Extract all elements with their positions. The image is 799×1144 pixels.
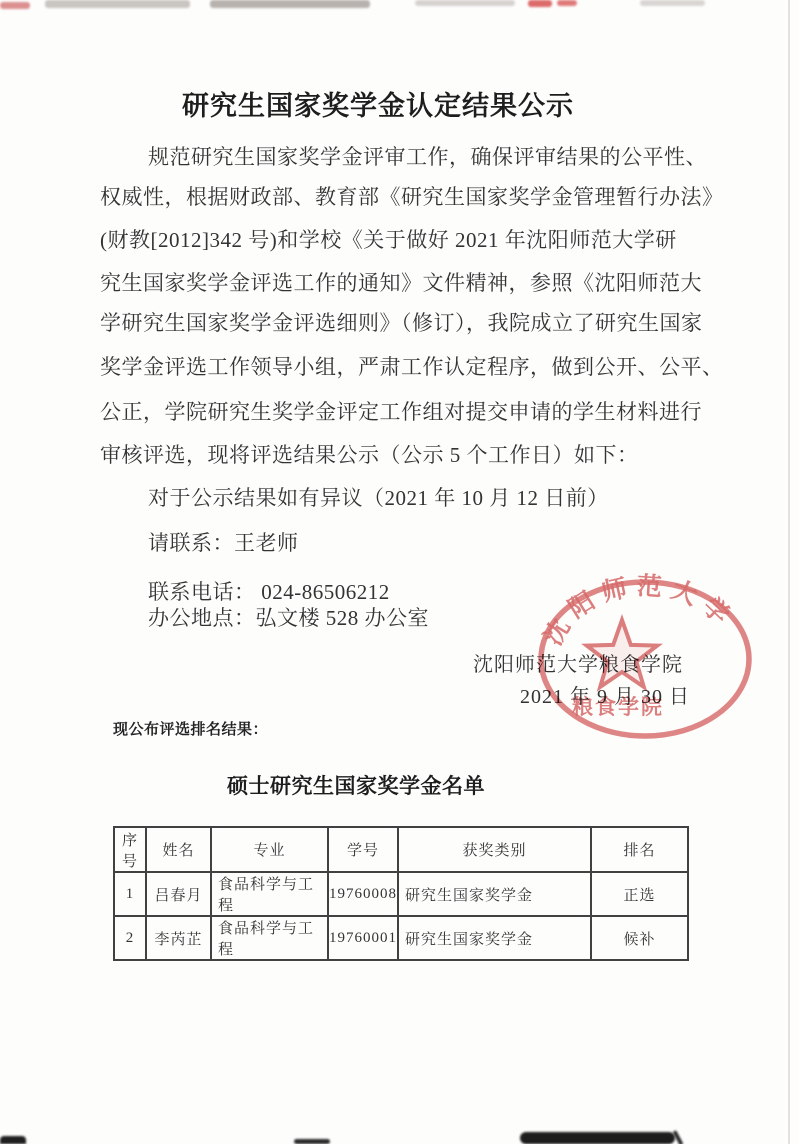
seal-arc-text: 沈阳师范大学 <box>539 572 740 650</box>
scan-smudge <box>45 0 190 8</box>
scan-smudge <box>640 0 705 6</box>
cell-rank: 候补 <box>591 916 688 960</box>
body-line: 联系电话： 024-86506212 <box>148 581 390 603</box>
scan-smudge <box>528 0 552 7</box>
table-row: 1 吕春月 食品科学与工程 19760008 研究生国家奖学金 正选 <box>114 872 688 916</box>
scan-smudge <box>520 1132 675 1144</box>
svg-text:沈阳师范大学: 沈阳师范大学 <box>539 572 740 650</box>
body-line: (财教[2012]342 号)和学校《关于做好 2021 年沈阳师范大学研 <box>100 229 677 251</box>
body-line: 学研究生国家奖学金评选细则》（修订），我院成立了研究生国家 <box>100 312 703 334</box>
body-line: 请联系：王老师 <box>148 532 299 554</box>
official-seal-stamp: 沈阳师范大学 粮食学院 <box>525 565 765 755</box>
scan-smudge <box>294 1139 330 1144</box>
document-title: 研究生国家奖学金认定结果公示 <box>0 84 756 123</box>
cell-index: 1 <box>114 872 146 916</box>
table-row: 2 李芮芷 食品科学与工程 19760001 研究生国家奖学金 候补 <box>114 916 688 960</box>
seal-bottom-text: 粮食学院 <box>572 695 664 719</box>
page-edge-shadow <box>788 0 790 1144</box>
body-line: 规范研究生国家奖学金评审工作，确保评审结果的公平性、 <box>148 146 707 168</box>
announce-label: 现公布评选排名结果： <box>113 718 268 739</box>
body-line: 奖学金评选工作领导小组，严肃工作认定程序，做到公开、公平、 <box>100 356 724 378</box>
scan-smudge <box>415 0 515 6</box>
scan-smudge <box>0 2 30 9</box>
cell-major: 食品科学与工程 <box>211 916 328 960</box>
cell-name: 吕春月 <box>146 872 211 916</box>
cell-name: 李芮芷 <box>146 916 211 960</box>
table-header-row: 序号 姓名 专业 学号 获奖类别 排名 <box>114 827 688 872</box>
list-title: 硕士研究生国家奖学金名单 <box>227 770 485 800</box>
scan-smudge <box>0 1136 26 1144</box>
col-header-index: 序号 <box>114 827 146 872</box>
body-line: 公正，学院研究生奖学金评定工作组对提交申请的学生材料进行 <box>100 401 702 423</box>
document-page: 研究生国家奖学金认定结果公示 规范研究生国家奖学金评审工作，确保评审结果的公平性… <box>0 0 799 1144</box>
col-header-name: 姓名 <box>146 827 211 872</box>
body-line: 权威性，根据财政部、教育部《研究生国家奖学金管理暂行办法》 <box>100 186 724 208</box>
scan-smudge <box>210 0 370 8</box>
col-header-award: 获奖类别 <box>398 827 591 872</box>
cell-index: 2 <box>114 916 146 960</box>
col-header-rank: 排名 <box>591 827 688 872</box>
body-line: 究生国家奖学金评选工作的通知》文件精神，参照《沈阳师范大 <box>100 272 702 294</box>
body-line: 对于公示结果如有异议（2021 年 10 月 12 日前） <box>148 487 609 509</box>
cell-rank: 正选 <box>591 872 688 916</box>
cell-studentid: 19760001 <box>328 916 398 960</box>
seal-star-icon <box>587 620 657 687</box>
col-header-major: 专业 <box>211 827 328 872</box>
results-table: 序号 姓名 专业 学号 获奖类别 排名 1 吕春月 食品科学与工程 197600… <box>113 826 689 961</box>
cell-award: 研究生国家奖学金 <box>398 916 591 960</box>
cell-major: 食品科学与工程 <box>211 872 328 916</box>
body-line: 办公地点：弘文楼 528 办公室 <box>148 607 429 629</box>
body-line: 审核评选，现将评选结果公示（公示 5 个工作日）如下： <box>100 444 639 466</box>
col-header-studentid: 学号 <box>328 827 398 872</box>
cell-studentid: 19760008 <box>328 872 398 916</box>
scan-smudge <box>557 0 577 6</box>
cell-award: 研究生国家奖学金 <box>398 872 591 916</box>
